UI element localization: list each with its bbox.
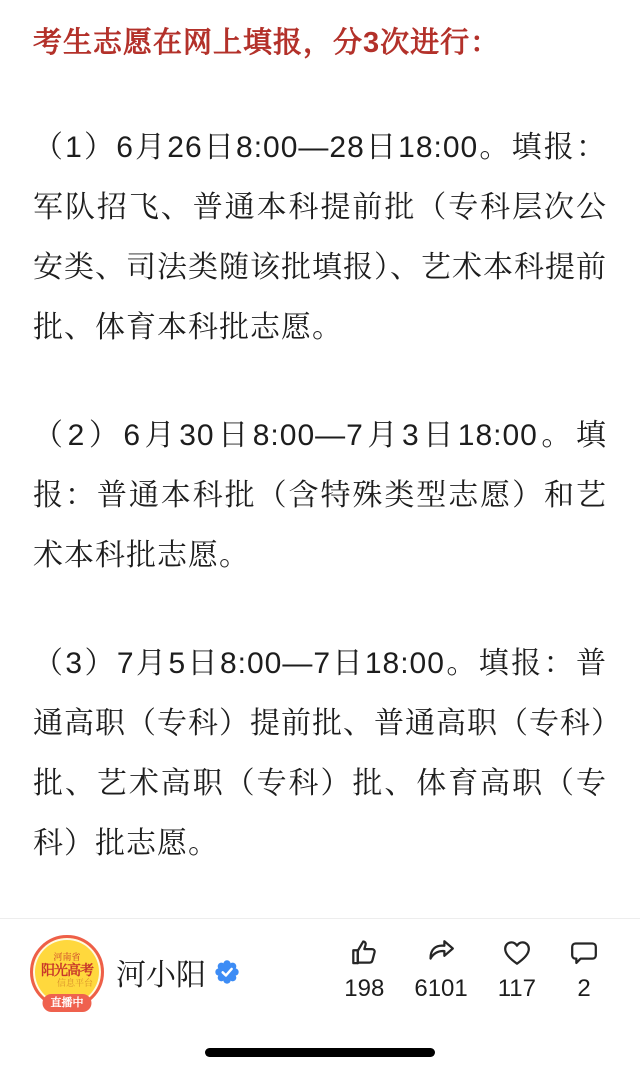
heart-icon xyxy=(499,935,535,971)
action-buttons: 198 6101 117 2 xyxy=(344,935,602,1002)
like-count: 198 xyxy=(344,976,384,1002)
author-avatar[interactable]: 河南省 阳光高考 信息平台 直播中 xyxy=(30,935,104,1009)
article-page: 考生志愿在网上填报，分3次进行： （1）6月26日8:00—28日18:00。填… xyxy=(0,0,640,1070)
author-name[interactable]: 河小阳 xyxy=(116,950,206,994)
share-icon xyxy=(423,935,459,971)
author-row[interactable]: 河南省 阳光高考 信息平台 直播中 河小阳 xyxy=(30,935,240,1009)
live-badge: 直播中 xyxy=(43,994,92,1012)
favorite-button[interactable]: 117 xyxy=(498,935,536,1002)
verified-badge-icon xyxy=(214,959,240,985)
author-name-row: 河小阳 xyxy=(116,950,240,994)
article-paragraph-3: （3）7月5日8:00—7日18:00。填报：普通高职（专科）提前批、普通高职（… xyxy=(33,634,607,874)
article-paragraph-1: （1）6月26日8:00—28日18:00。填报：军队招飞、普通本科提前批（专科… xyxy=(33,118,607,358)
article-paragraph-2: （2）6月30日8:00—7月3日18:00。填报：普通本科批（含特殊类型志愿）… xyxy=(33,406,607,586)
comment-button[interactable]: 2 xyxy=(566,935,602,1002)
home-indicator[interactable] xyxy=(205,1048,435,1057)
avatar-text-platform: 信息平台 xyxy=(57,978,93,988)
avatar-text-province: 河南省 xyxy=(53,952,80,962)
avatar-text-brand: 阳光高考 xyxy=(41,962,93,978)
article-heading: 考生志愿在网上填报，分3次进行： xyxy=(33,26,607,60)
article-body: 考生志愿在网上填报，分3次进行： （1）6月26日8:00—28日18:00。填… xyxy=(0,0,640,874)
favorite-count: 117 xyxy=(498,976,536,1002)
author-action-bar: 河南省 阳光高考 信息平台 直播中 河小阳 xyxy=(0,918,640,1030)
like-button[interactable]: 198 xyxy=(344,935,384,1002)
share-button[interactable]: 6101 xyxy=(414,935,467,1002)
comment-icon xyxy=(566,935,602,971)
thumbs-up-icon xyxy=(346,935,382,971)
share-count: 6101 xyxy=(414,976,467,1002)
comment-count: 2 xyxy=(577,976,590,1002)
